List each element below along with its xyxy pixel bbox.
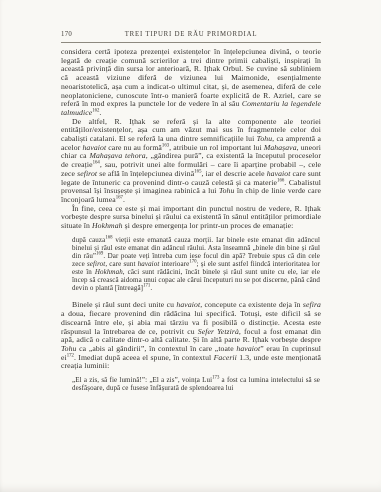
running-title: TREI TIPURI DE RĂU PRIMORDIAL [125, 31, 258, 38]
page-body: considera certă ipoteza prezenței existe… [61, 48, 321, 392]
page-number: 170 [61, 31, 72, 39]
paragraph: considera certă ipoteza prezenței existe… [61, 48, 321, 118]
paragraph: În fine, ceea ce este și mai important d… [61, 205, 321, 231]
paragraph: De altfel, R. Ițhak se referă și la alte… [61, 118, 321, 205]
text-block: 170 TREI TIPURI DE RĂU PRIMORDIAL consid… [61, 31, 321, 401]
blockquote: după cauza168 vieții este emanată cauza … [72, 236, 320, 293]
page-header: 170 TREI TIPURI DE RĂU PRIMORDIAL [61, 31, 321, 43]
paragraph: Binele și răul sunt deci unite cu havaio… [61, 301, 321, 371]
book-page: 170 TREI TIPURI DE RĂU PRIMORDIAL consid… [0, 0, 381, 492]
blockquote: „El a zis, să fie lumină!”: „El a zis”, … [72, 376, 320, 392]
